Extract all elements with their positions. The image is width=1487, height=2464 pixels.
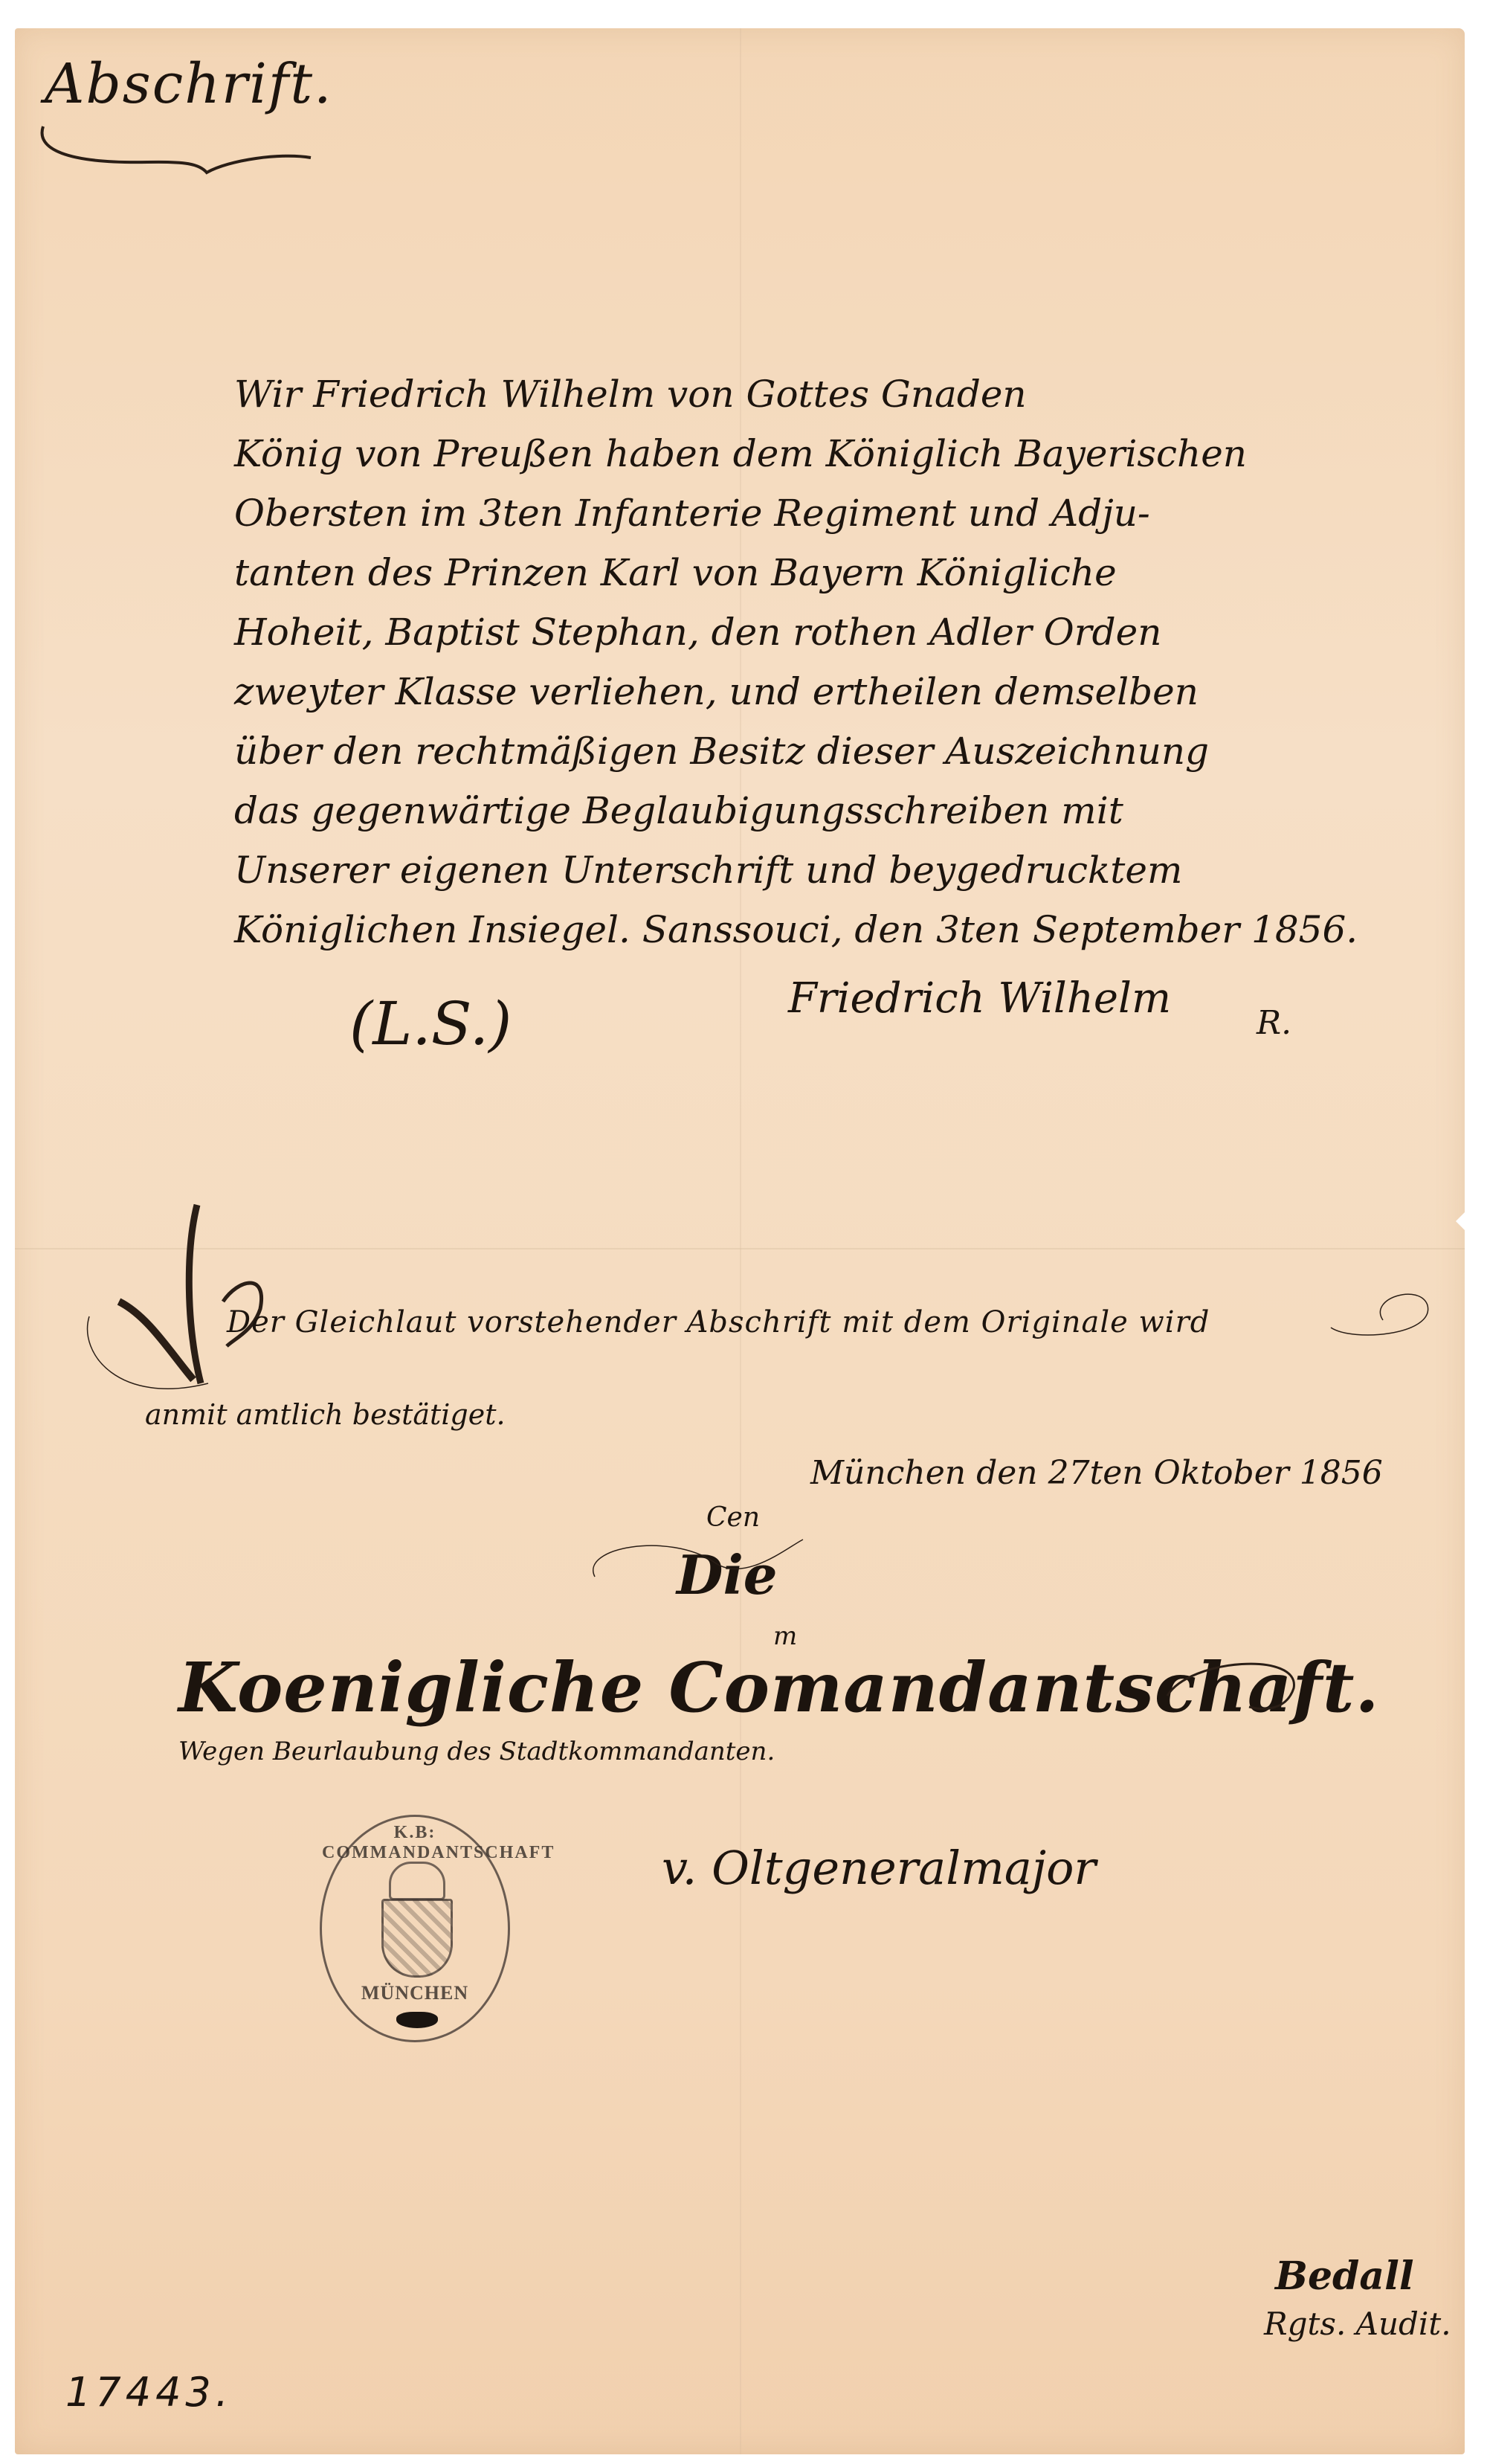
- stamp-ring-text: K.B: COMMANDANTSCHAFT: [322, 1823, 508, 1863]
- clerk-title: Rgts. Audit.: [1264, 2306, 1451, 2342]
- locus-sigilli: (L.S.): [349, 989, 512, 1058]
- royal-signature-initial: R.: [1257, 1004, 1291, 1042]
- body-line: das gegenwärtige Beglaubigungsschreiben …: [234, 781, 1454, 840]
- flourish-end-swash-icon: [1160, 1651, 1309, 1725]
- bavarian-shield-icon: [381, 1899, 453, 1978]
- place-and-date: München den 27ten Oktober 1856: [810, 1454, 1383, 1492]
- official-stamp: K.B: COMMANDANTSCHAFT MÜNCHEN: [320, 1815, 510, 2042]
- archive-number: 17443.: [65, 2369, 233, 2416]
- officer-signature: v. Oltgeneralmajor: [662, 1841, 1096, 1895]
- body-line: Unserer eigenen Unterschrift und beygedr…: [234, 840, 1454, 900]
- body-line: Obersten im 3ten Infanterie Regiment und…: [234, 483, 1454, 543]
- flourish-loop-icon: [1323, 1283, 1442, 1350]
- body-line: König von Preußen haben dem Königlich Ba…: [234, 424, 1454, 483]
- body-line: Wir Friedrich Wilhelm von Gottes Gnaden: [234, 364, 1454, 424]
- decorative-initial-d-icon: [74, 1190, 357, 1398]
- stamp-city: MÜNCHEN: [322, 1982, 508, 2004]
- ink-blot: [396, 2012, 438, 2028]
- body-line: über den rechtmäßigen Besitz dieser Ausz…: [234, 721, 1454, 781]
- paper-edge-notch: [1456, 1211, 1466, 1232]
- body-line: tanten des Prinzen Karl von Bayern König…: [234, 543, 1454, 602]
- flourish-swash-icon: [580, 1517, 818, 1599]
- heading-underline-flourish-icon: [36, 119, 318, 186]
- document-heading: Abschrift.: [45, 52, 333, 116]
- crown-icon: [389, 1862, 445, 1900]
- clerk-signature: Bedall: [1275, 2254, 1414, 2299]
- royal-signature: Friedrich Wilhelm: [788, 974, 1171, 1023]
- certificate-body: Wir Friedrich Wilhelm von Gottes Gnaden …: [234, 364, 1454, 959]
- body-line: Königlichen Insiegel. Sanssouci, den 3te…: [234, 900, 1454, 959]
- office-subtitle: Wegen Beurlaubung des Stadtkommandanten.: [178, 1737, 775, 1766]
- attestation-line: Der Gleichlaut vorstehender Abschrift mi…: [227, 1305, 1210, 1339]
- office-title-superscript: m: [773, 1621, 797, 1651]
- body-line: zweyter Klasse verliehen, und ertheilen …: [234, 662, 1454, 721]
- body-line: Hoheit, Baptist Stephan, den rothen Adle…: [234, 602, 1454, 662]
- attestation-line: anmit amtlich bestätiget.: [145, 1398, 506, 1431]
